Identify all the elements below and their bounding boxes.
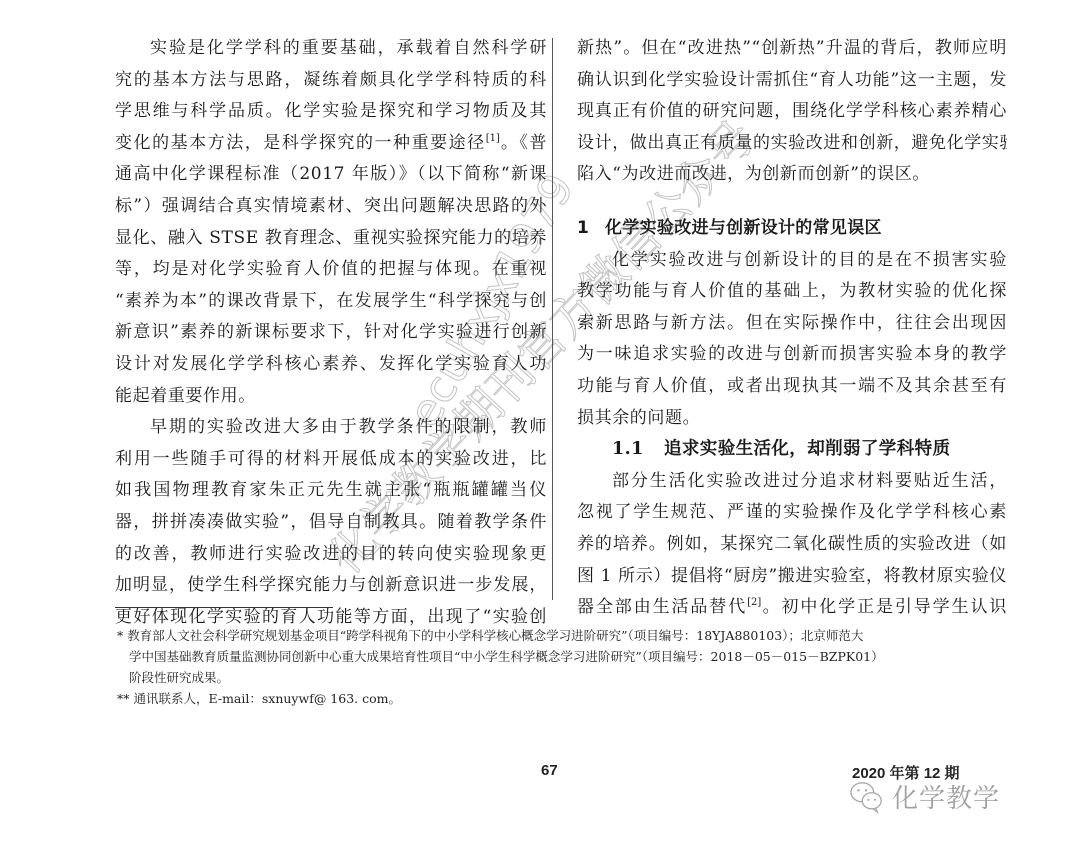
line-text: 确认识到化学实验设计需抓住“育人功能”这一主题，发 [577,70,1007,90]
footnote-marker: * [117,628,127,643]
line-text: 更好体现化学实验的育人功能等方面，出现了“实验创 [115,607,547,627]
text-line: 设计，做出真正有质量的实验改进和创新，避免化学实验 [577,128,1007,160]
line-text: 早期的实验改进大多由于教学条件的限制，教师 [150,417,547,437]
line-text: 利用一些随手可得的材料开展低成本的实验改进，比 [115,449,547,469]
journal-page: 实验是化学学科的重要基础，承载着自然科学研究的基本方法与思路，凝练着颇具化学学科… [0,0,1080,846]
line-text: 变化的基本方法，是科学探究的一种重要途径 [115,133,486,153]
line-text: 实验是化学学科的重要基础，承载着自然科学研 [150,38,547,58]
page-number: 67 [541,762,558,779]
column-divider [552,38,553,600]
text-line: 学思维与科学品质。化学实验是探究和学习物质及其 [115,96,547,128]
line-text: 器全部由生活品替代 [577,597,747,617]
section-number: 1 [577,213,605,245]
text-line: 能起着重要作用。 [115,381,547,413]
line-text: 学思维与科学品质。化学实验是探究和学习物质及其 [115,101,547,121]
citation-ref: [1] [486,133,500,144]
text-line: 确认识到化学实验设计需抓住“育人功能”这一主题，发 [577,65,1007,97]
section-1-body: 化学实验改进与创新设计的目的是在不损害实验教学功能与育人价值的基础上，为教材实验… [577,245,1007,435]
text-line: 新热”。但在“改进热”“创新热”升温的背后，教师应明 [577,33,1007,65]
line-text: 新热”。但在“改进热”“创新热”升温的背后，教师应明 [577,38,1007,58]
line-text: 等，均是对化学实验育人价值的把握与体现。在重视 [115,259,547,279]
text-line: 忽视了学生规范、严谨的实验操作及化学学科核心素 [577,497,1007,529]
line-text: 部分生活化实验改进过分追求材料要贴近生活， [612,471,1007,491]
line-text: 化学实验改进与创新设计的目的是在不损害实验 [612,250,1007,270]
section-heading-1-1: 1.1追求实验生活化，却削弱了学科特质 [577,434,1007,466]
footnote-line: * 教育部人文社会科学研究规划基金项目“跨学科视角下的中小学科学核心概念学习进阶… [117,625,1017,646]
footnote-text: 通讯联系人，E-mail：sxnuywf@ 163. com。 [133,691,401,706]
line-text: 忽视了学生规范、严谨的实验操作及化学学科核心素 [577,502,1007,522]
text-line: “素养为本”的课改背景下，在发展学生“科学探究与创 [115,286,547,318]
line-text: 通高中化学课程标准（2017 年版）》（以下简称“新课 [115,164,547,184]
text-line: 究的基本方法与思路，凝练着颇具化学学科特质的科 [115,65,547,97]
wechat-account-name: 化学教学 [892,778,1000,815]
section-title: 化学实验改进与创新设计的常见误区 [605,218,882,238]
footnote-text: 学中国基础教育质量监测协同创新中心重大成果培育性项目“中小学生科学概念学习进阶研… [129,649,884,664]
line-text: 设计对发展化学学科核心素养、发挥化学实验育人功 [115,354,547,374]
text-line: 教学功能与育人价值的基础上，为教材实验的优化探 [577,276,1007,308]
line-text: 如我国物理教育家朱正元先生就主张“瓶瓶罐罐当仪 [115,480,547,500]
line-text-after: 。《普 [500,133,547,153]
footnote-line: 阶段性研究成果。 [117,667,1017,688]
text-line: 损其余的问题。 [577,403,1007,435]
section-heading-1: 1化学实验改进与创新设计的常见误区 [577,213,1007,245]
text-line: 通高中化学课程标准（2017 年版）》（以下简称“新课 [115,159,547,191]
text-line: 为一味追求实验的改进与创新而损害实验本身的教学 [577,339,1007,371]
line-text: 图 1 所示）提倡将“厨房”搬进实验室，将教材原实验仪 [577,566,1007,586]
subsection-title: 追求实验生活化，却削弱了学科特质 [664,439,950,459]
line-text: 养的培养。例如，某探究二氧化碳性质的实验改进（如 [577,534,1007,554]
line-text: 损其余的问题。 [577,408,700,428]
text-line: 索新思路与新方法。但在实际操作中，往往会出现因 [577,308,1007,340]
line-text: 能起着重要作用。 [115,386,256,406]
left-column: 实验是化学学科的重要基础，承载着自然科学研究的基本方法与思路，凝练着颇具化学学科… [115,33,547,633]
text-line: 利用一些随手可得的材料开展低成本的实验改进，比 [115,444,547,476]
footnote-rule [115,607,333,608]
footnote-line: 学中国基础教育质量监测协同创新中心重大成果培育性项目“中小学生科学概念学习进阶研… [117,646,1017,667]
text-line: 化学实验改进与创新设计的目的是在不损害实验 [577,245,1007,277]
footnotes: * 教育部人文社会科学研究规划基金项目“跨学科视角下的中小学科学核心概念学习进阶… [117,625,1017,709]
text-line: 等，均是对化学实验育人价值的把握与体现。在重视 [115,254,547,286]
right-column: 新热”。但在“改进热”“创新热”升温的背后，教师应明确认识到化学实验设计需抓住“… [577,33,1007,624]
text-line: 器全部由生活品替代[2]。初中化学正是引导学生认识 [577,592,1007,624]
line-text: 标”）强调结合真实情境素材、突出问题解决思路的外 [115,196,547,216]
text-line: 图 1 所示）提倡将“厨房”搬进实验室，将教材原实验仪 [577,561,1007,593]
text-line: 变化的基本方法，是科学探究的一种重要途径[1]。《普 [115,128,547,160]
text-line: 标”）强调结合真实情境素材、突出问题解决思路的外 [115,191,547,223]
text-line: 部分生活化实验改进过分追求材料要贴近生活， [577,466,1007,498]
line-text: 新意识”素养的新课标要求下，针对化学实验进行创新 [115,322,547,342]
line-text: 设计，做出真正有质量的实验改进和创新，避免化学实验 [577,133,1007,153]
line-text: 陷入“为改进而改进，为创新而创新”的误区。 [577,164,930,184]
subsection-number: 1.1 [612,434,664,466]
line-text: 为一味追求实验的改进与创新而损害实验本身的教学 [577,344,1007,364]
citation-ref: [2] [747,597,761,608]
line-text: 显化、融入 STSE 教育理念、重视实验探究能力的培养 [115,228,547,248]
text-line: 新意识”素养的新课标要求下，针对化学实验进行创新 [115,317,547,349]
text-line: 设计对发展化学学科核心素养、发挥化学实验育人功 [115,349,547,381]
text-line: 功能与育人价值，或者出现执其一端不及其余甚至有 [577,371,1007,403]
text-line: 早期的实验改进大多由于教学条件的限制，教师 [115,412,547,444]
text-line: 养的培养。例如，某探究二氧化碳性质的实验改进（如 [577,529,1007,561]
line-text: 究的基本方法与思路，凝练着颇具化学学科特质的科 [115,70,547,90]
text-line: 加明显，使学生科学探究能力与创新意识进一步发展， [115,570,547,602]
text-line: 陷入“为改进而改进，为创新而创新”的误区。 [577,159,1007,191]
wechat-badge: 化学教学 [848,778,1000,815]
text-line: 的改善，教师进行实验改进的目的转向使实验现象更 [115,539,547,571]
line-text: 器，拼拼凑凑做实验”，倡导自制教具。随着教学条件 [115,512,547,532]
section-1-1-body: 部分生活化实验改进过分追求材料要贴近生活，忽视了学生规范、严谨的实验操作及化学学… [577,466,1007,624]
line-text: 的改善，教师进行实验改进的目的转向使实验现象更 [115,544,547,564]
text-line: 现真正有价值的研究问题，围绕化学学科核心素养精心 [577,96,1007,128]
line-text: 教学功能与育人价值的基础上，为教材实验的优化探 [577,281,1007,301]
text-line: 实验是化学学科的重要基础，承载着自然科学研 [115,33,547,65]
text-line: 器，拼拼凑凑做实验”，倡导自制教具。随着教学条件 [115,507,547,539]
line-text: 加明显，使学生科学探究能力与创新意识进一步发展， [115,575,547,595]
wechat-icon [848,780,886,814]
line-text: 现真正有价值的研究问题，围绕化学学科核心素养精心 [577,101,1007,121]
line-text: “素养为本”的课改背景下，在发展学生“科学探究与创 [115,291,547,311]
text-line: 显化、融入 STSE 教育理念、重视实验探究能力的培养 [115,223,547,255]
footnote-marker: ** [117,691,133,706]
footnote-line: ** 通讯联系人，E-mail：sxnuywf@ 163. com。 [117,688,1017,709]
line-text-after: 。初中化学正是引导学生认识 [761,597,1007,617]
footnote-text: 阶段性研究成果。 [129,670,229,685]
intro-continuation: 新热”。但在“改进热”“创新热”升温的背后，教师应明确认识到化学实验设计需抓住“… [577,33,1007,191]
section-gap [577,191,1007,213]
line-text: 索新思路与新方法。但在实际操作中，往往会出现因 [577,313,1007,333]
line-text: 功能与育人价值，或者出现执其一端不及其余甚至有 [577,376,1007,396]
text-line: 如我国物理教育家朱正元先生就主张“瓶瓶罐罐当仪 [115,475,547,507]
footnote-text: 教育部人文社会科学研究规划基金项目“跨学科视角下的中小学科学核心概念学习进阶研究… [127,628,863,643]
